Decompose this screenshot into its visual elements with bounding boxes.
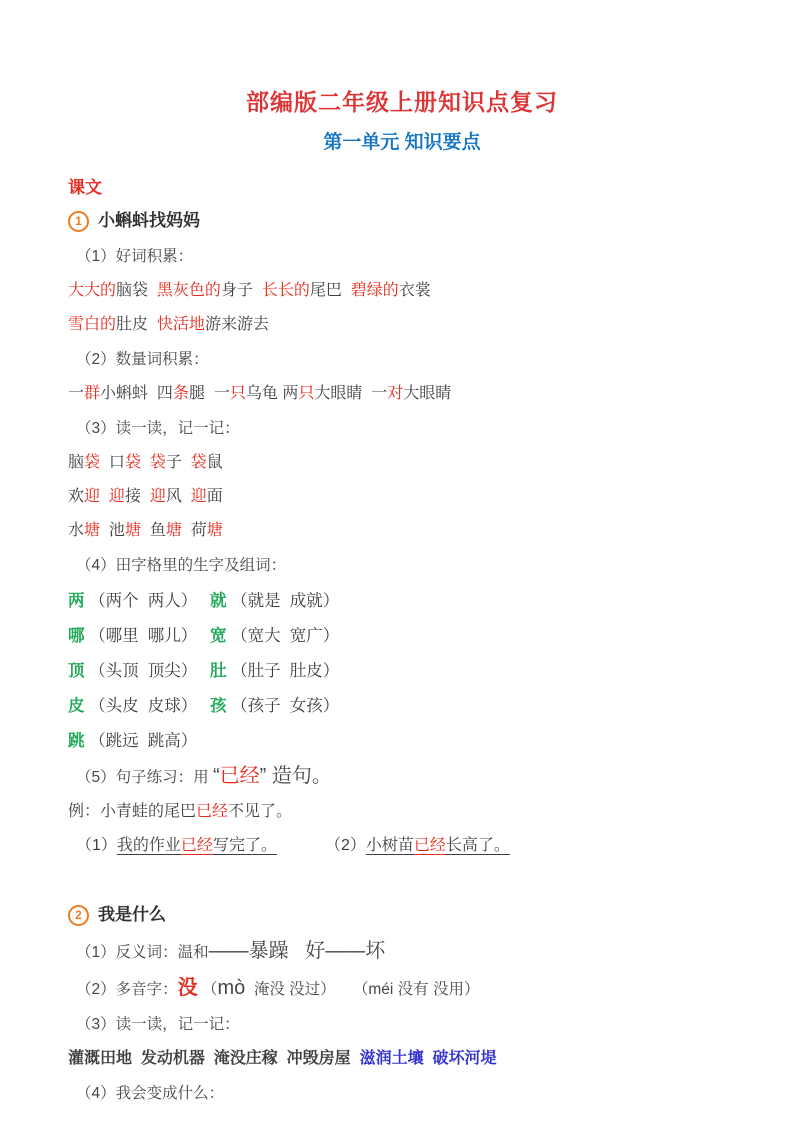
lesson1-practice-sentences: （1）我的作业已经写完了。（2）小树苗已经长高了。 — [68, 835, 736, 857]
lesson2-read-line: 灌溉田地 发动机器 淹没庄稼 冲毁房屋 滋润土壤 破坏河堤 — [68, 1048, 736, 1070]
lesson2-name: 我是什么 — [98, 903, 166, 927]
doc-subtitle: 第一单元 知识要点 — [68, 131, 736, 155]
lesson1-example-sentence: 例：小青蛙的尾巴已经不见了。 — [68, 801, 736, 823]
lesson1-item2-heading: （2）数量词积累： — [68, 349, 736, 371]
lesson2-title: 2 我是什么 — [68, 903, 736, 927]
lesson1-item5-heading: （5）句子练习：用 “已经” 造句。 — [68, 765, 736, 789]
lesson1-item3-heading: （3）读一读，记一记： — [68, 418, 736, 440]
lesson1-item1-heading: （1）好词积累： — [68, 246, 736, 268]
character-row: 两 （两个 两人） 就 （就是 成就） — [68, 590, 736, 612]
character-entry: 皮 （头皮 皮球） — [68, 695, 210, 717]
lesson2-item4-heading: （4）我会变成什么： — [68, 1083, 736, 1105]
character-entry: 顶 （头顶 顶尖） — [68, 660, 210, 682]
character-entry: 孩 （孩子 女孩） — [210, 695, 339, 717]
lesson1-read-line-ying: 欢迎 迎接 迎风 迎面 — [68, 486, 736, 508]
section-label-kewen: 课文 — [68, 177, 736, 199]
lesson2-polyphone-line: （2）多音字：没 （mò 淹没 没过） （méi 没有 没用） — [68, 977, 736, 1001]
character-entry: 两 （两个 两人） — [68, 590, 210, 612]
character-entry: 就 （就是 成就） — [210, 590, 339, 612]
character-entry: 哪 （哪里 哪儿） — [68, 625, 210, 647]
lesson1-name: 小蝌蚪找妈妈 — [98, 209, 200, 233]
character-entry: 宽 （宽大 宽广） — [210, 625, 339, 647]
doc-title: 部编版二年级上册知识点复习 — [68, 88, 736, 116]
lesson1-good-words-line-1: 大大的脑袋 黑灰色的身子 长长的尾巴 碧绿的衣裳 — [68, 280, 736, 302]
character-row: 哪 （哪里 哪儿） 宽 （宽大 宽广） — [68, 625, 736, 647]
lesson1-read-line-tang: 水塘 池塘 鱼塘 荷塘 — [68, 520, 736, 542]
character-row: 跳 （跳远 跳高） — [68, 730, 736, 752]
lesson1-read-line-dai: 脑袋 口袋 袋子 袋鼠 — [68, 452, 736, 474]
lesson2-item3-heading: （3）读一读，记一记： — [68, 1014, 736, 1036]
lesson1-item4-heading: （4）田字格里的生字及组词： — [68, 555, 736, 577]
character-entry: 肚 （肚子 肚皮） — [210, 660, 339, 682]
lesson1-good-words-line-2: 雪白的肚皮 快活地游来游去 — [68, 314, 736, 336]
character-row: 皮 （头皮 皮球） 孩 （孩子 女孩） — [68, 695, 736, 717]
lesson2-antonyms-line: （1）反义词：温和——暴躁 好——坏 — [68, 940, 736, 964]
lesson1-title: 1 小蝌蚪找妈妈 — [68, 209, 736, 233]
lesson2-number-badge: 2 — [68, 905, 89, 926]
character-row: 顶 （头顶 顶尖） 肚 （肚子 肚皮） — [68, 660, 736, 682]
lesson1-quantifier-line: 一群小蝌蚪 四条腿 一只乌龟 两只大眼睛 一对大眼睛 — [68, 383, 736, 405]
character-entry: 跳 （跳远 跳高） — [68, 730, 210, 752]
lesson1-number-badge: 1 — [68, 211, 89, 232]
document-page: 部编版二年级上册知识点复习 第一单元 知识要点 课文 1 小蝌蚪找妈妈 （1）好… — [0, 0, 800, 1105]
